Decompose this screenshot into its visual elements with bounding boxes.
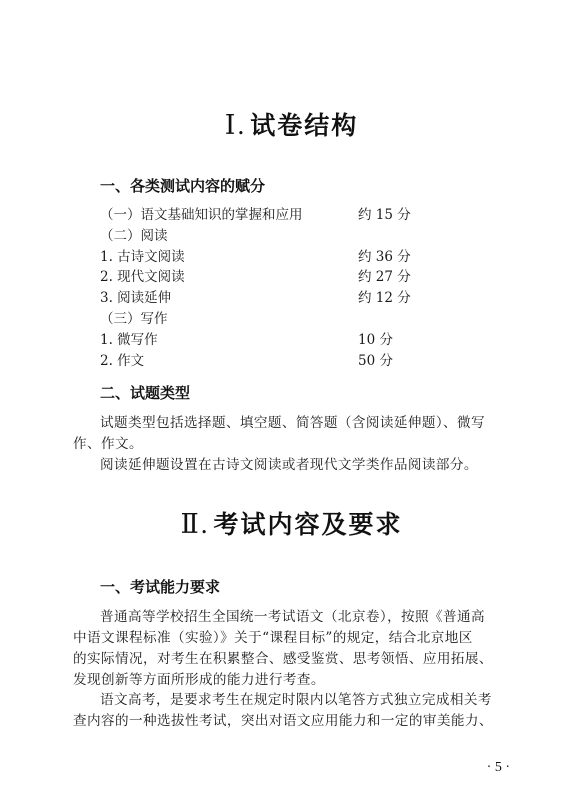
part-1-title-text: 试卷结构 <box>250 111 358 140</box>
score-row-value: 约 36 分 <box>358 247 411 267</box>
score-row: 1. 微写作 10 分 <box>100 330 440 350</box>
paragraph-line: 查内容的一种选拔性考试，突出对语文应用能力和一定的审美能力、 <box>73 711 485 731</box>
part-2-title: Ⅱ.考试内容及要求 <box>0 505 583 541</box>
section-heading-score-allocation: 一、各类测试内容的赋分 <box>100 175 265 196</box>
paragraph-line: 语文高考，是要求考生在规定时限内以笔答方式独立完成相关考 <box>100 690 512 710</box>
score-row-label: 1. 微写作 <box>100 330 158 350</box>
score-row-value: 约 27 分 <box>358 267 411 287</box>
part-1-title: Ⅰ.试卷结构 <box>0 106 583 142</box>
paragraph-line: 普通高等学校招生全国统一考试语文（北京卷），按照《普通高 <box>100 607 512 627</box>
part-2-numeral: Ⅱ. <box>180 509 209 539</box>
section-heading-question-types: 二、试题类型 <box>100 382 190 403</box>
score-row: （三）写作 <box>100 309 440 329</box>
score-row-value: 约 15 分 <box>358 205 411 225</box>
score-row-label: 2. 作文 <box>100 351 144 371</box>
score-row-label: 2. 现代文阅读 <box>100 267 185 287</box>
paragraph-line: 阅读延伸题设置在古诗文阅读或者现代文学类作品阅读部分。 <box>100 455 512 475</box>
score-row-label: 1. 古诗文阅读 <box>100 247 185 267</box>
page-number: · 5 · <box>460 760 510 776</box>
score-row-label: （一）语文基础知识的掌握和应用 <box>100 205 303 225</box>
score-row: （一）语文基础知识的掌握和应用 约 15 分 <box>100 205 440 225</box>
score-row-label: （二）阅读 <box>100 226 168 246</box>
score-row: 2. 现代文阅读 约 27 分 <box>100 267 440 287</box>
score-row-label: 3. 阅读延伸 <box>100 288 171 308</box>
document-page: Ⅰ.试卷结构 一、各类测试内容的赋分 （一）语文基础知识的掌握和应用 约 15 … <box>0 0 583 787</box>
score-row-value: 约 12 分 <box>358 288 411 308</box>
score-row-value: 50 分 <box>358 351 393 371</box>
score-row-label: （三）写作 <box>100 309 168 329</box>
score-row: （二）阅读 <box>100 226 440 246</box>
part-2-title-text: 考试内容及要求 <box>214 510 403 539</box>
score-row: 1. 古诗文阅读 约 36 分 <box>100 247 440 267</box>
part-1-numeral: Ⅰ. <box>225 110 246 140</box>
score-row-value: 10 分 <box>358 330 393 350</box>
score-row: 2. 作文 50 分 <box>100 351 440 371</box>
paragraph-line: 中语文课程标准（实验）》关于“课程目标”的规定，结合北京地区 <box>73 628 485 648</box>
score-row: 3. 阅读延伸 约 12 分 <box>100 288 440 308</box>
section-heading-exam-ability: 一、考试能力要求 <box>100 576 220 597</box>
paragraph-line: 试题类型包括选择题、填空题、简答题（含阅读延伸题）、微写 <box>100 413 512 433</box>
paragraph-line: 的实际情况，对考生在积累整合、感受鉴赏、思考领悟、应用拓展、 <box>73 649 485 669</box>
paragraph-line: 发现创新等方面所形成的能力进行考查。 <box>73 670 485 690</box>
paragraph-line: 作、作文。 <box>73 434 485 454</box>
